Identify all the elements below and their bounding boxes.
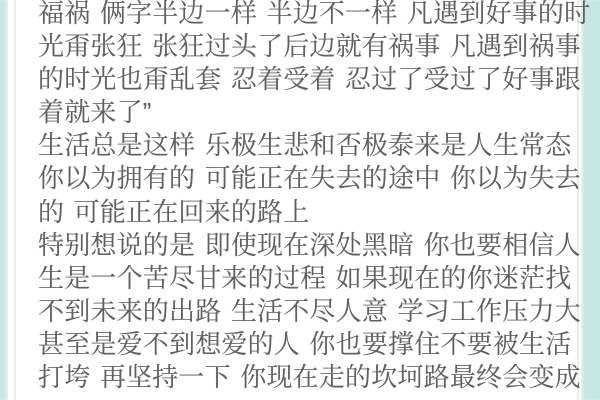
text-line: 打垮 再坚持一下 你现在走的坎坷路最终会变成 bbox=[38, 361, 571, 394]
text-line: 甚至是爱不到想爱的人 你也要撑住不要被生活 bbox=[38, 328, 571, 361]
text-post-card: 福祸 俩字半边一样 半边不一样 凡遇到好事的时 光甭张狂 张狂过头了后边就有祸事… bbox=[14, 0, 579, 400]
text-line: 特别想说的是 即使现在深处黑暗 你也要相信人 bbox=[38, 229, 571, 262]
text-line: 的时光也甭乱套 忍着受着 忍过了受过了好事跟 bbox=[38, 63, 571, 96]
left-border-strip bbox=[0, 0, 8, 400]
text-line: 生是一个苦尽甘来的过程 如果现在的你迷茫找 bbox=[38, 262, 571, 295]
right-border-strip bbox=[581, 0, 600, 400]
quote-text-block: 福祸 俩字半边一样 半边不一样 凡遇到好事的时 光甭张狂 张狂过头了后边就有祸事… bbox=[16, 0, 577, 394]
text-line: 生活总是这样 乐极生悲和否极泰来是人生常态 bbox=[38, 129, 571, 162]
text-line: 不到未来的出路 生活不尽人意 学习工作压力大 bbox=[38, 295, 571, 328]
text-line: 的 可能正在回来的路上 bbox=[38, 196, 571, 229]
text-line: 着就来了” bbox=[38, 96, 571, 129]
screenshot-root: 福祸 俩字半边一样 半边不一样 凡遇到好事的时 光甭张狂 张狂过头了后边就有祸事… bbox=[0, 0, 600, 400]
text-line: 福祸 俩字半边一样 半边不一样 凡遇到好事的时 bbox=[38, 0, 571, 30]
text-line: 光甭张狂 张狂过头了后边就有祸事 凡遇到祸事 bbox=[38, 30, 571, 63]
text-line: 你以为拥有的 可能正在失去的途中 你以为失去 bbox=[38, 162, 571, 195]
